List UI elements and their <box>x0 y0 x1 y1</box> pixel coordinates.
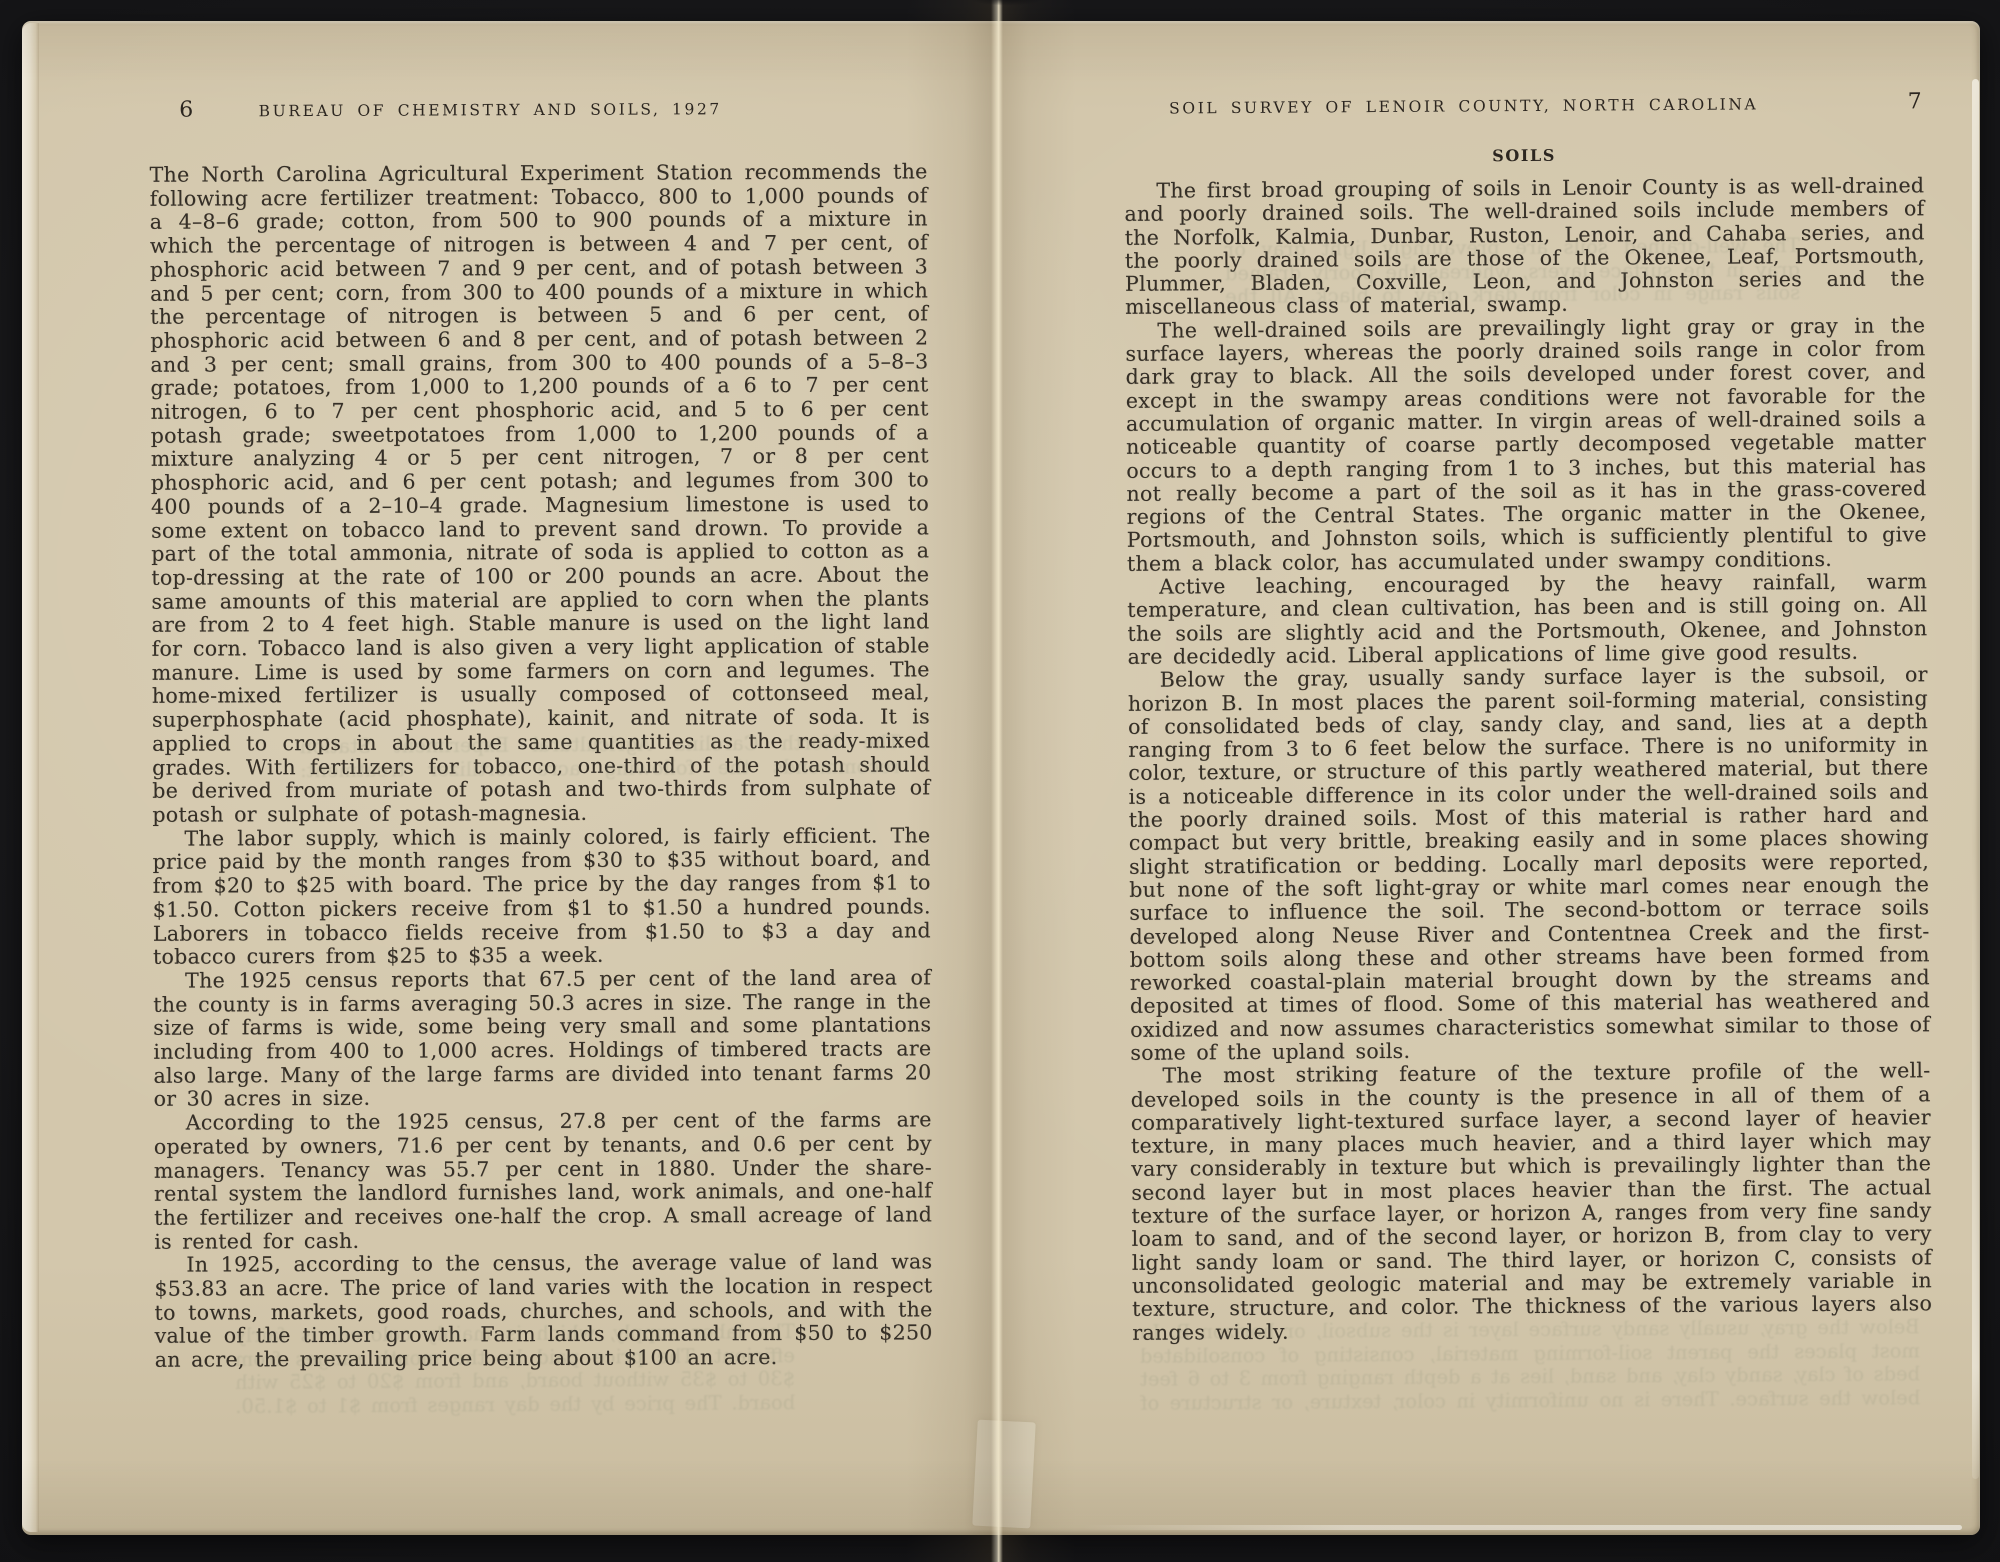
paragraph: According to the 1925 census, 27.8 per c… <box>154 1108 933 1254</box>
page-edge-right <box>1972 79 1979 1479</box>
gutter-top-notch <box>962 0 1052 7</box>
paragraph: Below the gray, usually sandy surface la… <box>1128 663 1931 1065</box>
page-edge-left <box>22 23 39 1532</box>
right-page: SOIL SURVEY OF LENOIR COUNTY, NORTH CARO… <box>1124 89 1933 1344</box>
left-header-title: BUREAU OF CHEMISTRY AND SOILS, 1927 <box>101 100 879 121</box>
paragraph: The North Carolina Agricultural Experime… <box>150 160 931 827</box>
right-header-title: SOIL SURVEY OF LENOIR COUNTY, NORTH CARO… <box>1064 95 1864 119</box>
paragraph: The 1925 census reports that 67.5 per ce… <box>153 966 932 1112</box>
paragraph: The well-drained soils are prevailingly … <box>1125 314 1927 576</box>
paragraph: The labor supply, which is mainly colore… <box>152 824 931 970</box>
left-running-header: 6 BUREAU OF CHEMISTRY AND SOILS, 1927 <box>149 94 927 127</box>
right-page-number: 7 <box>1908 89 1922 115</box>
photo-background: 6 BUREAU OF CHEMISTRY AND SOILS, 1927 Th… <box>0 0 2000 1562</box>
paragraph: In 1925, according to the census, the av… <box>154 1251 933 1373</box>
paragraph: The most striking feature of the texture… <box>1130 1059 1932 1344</box>
paragraph: Active leaching, encouraged by the heavy… <box>1127 570 1928 669</box>
soils-section-heading: SOILS <box>1124 143 1924 168</box>
paragraph: The first broad grouping of soils in Len… <box>1124 174 1925 319</box>
right-page-body: The first broad grouping of soils in Len… <box>1124 174 1932 1344</box>
left-page: 6 BUREAU OF CHEMISTRY AND SOILS, 1927 Th… <box>149 94 933 1372</box>
right-running-header: SOIL SURVEY OF LENOIR COUNTY, NORTH CARO… <box>1124 89 1924 125</box>
gutter-tape-patch <box>972 1420 1035 1529</box>
left-page-body: The North Carolina Agricultural Experime… <box>150 160 933 1372</box>
page-edge-bottom <box>1082 1525 1962 1530</box>
